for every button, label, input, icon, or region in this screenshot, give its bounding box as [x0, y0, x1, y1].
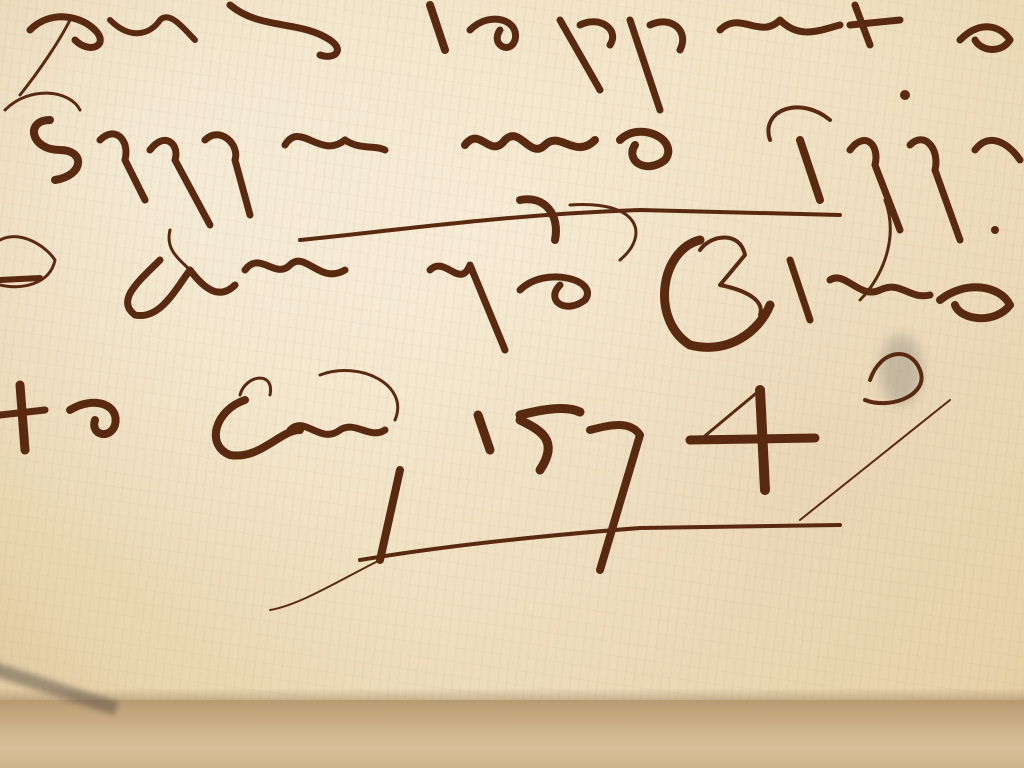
handwriting-line-1 — [20, 5, 1010, 110]
handwriting-line-4 — [0, 354, 950, 610]
handwriting-line-3 — [0, 199, 1010, 350]
manuscript-photo: 1574 — [0, 0, 1024, 768]
handwriting-strokes — [0, 0, 1024, 768]
